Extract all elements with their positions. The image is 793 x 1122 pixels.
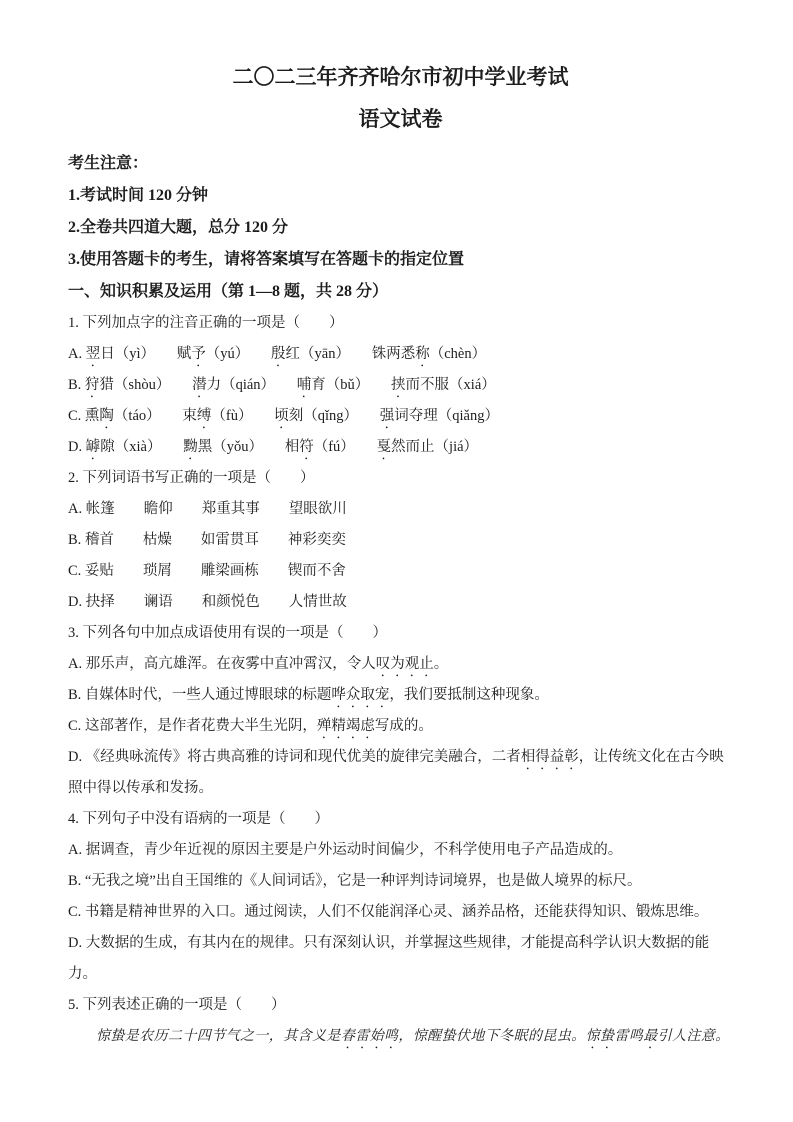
question-2-option-c: C. 妥贴 琐屑 雕梁画栋 锲而不舍 (68, 556, 733, 587)
question-4-option-c: C. 书籍是精神世界的入口。通过阅读，人们不仅能润泽心灵、涵养品格，还能获得知识… (68, 897, 733, 928)
question-1: 1. 下列加点字的注音正确的一项是（ ） A. 翌日（yì） 赋予（yú） 殷红… (68, 308, 733, 463)
question-5-stem: 5. 下列表述正确的一项是（ ） (68, 990, 733, 1021)
question-5: 5. 下列表述正确的一项是（ ） 惊蛰是农历二十四节气之一，其含义是春雷始鸣，惊… (68, 990, 733, 1052)
question-2-option-d: D. 抉择 谰语 和颜悦色 人情世故 (68, 587, 733, 618)
exam-subtitle: 语文试卷 (68, 102, 733, 136)
question-1-option-d: D. 罅隙（xià） 黝黑（yǒu） 相符（fú） 戛然而止（jiá） (68, 432, 733, 463)
question-3-option-a: A. 那乐声，高亢雄浑。在夜雾中直冲霄汉，令人叹为观止。 (68, 649, 733, 680)
question-3-option-d: D. 《经典咏流传》将古典高雅的诗词和现代优美的旋律完美融合，二者相得益彰，让传… (68, 742, 733, 804)
section-heading: 一、知识积累及运用（第 1—8 题，共 28 分） (68, 276, 733, 308)
question-4-option-d: D. 大数据的生成，有其内在的规律。只有深刻认识，并掌握这些规律，才能提高科学认… (68, 928, 733, 990)
question-3-option-c: C. 这部著作，是作者花费大半生光阴，殚精竭虑写成的。 (68, 711, 733, 742)
question-2-option-a: A. 帐篷 瞻仰 郑重其事 望眼欲川 (68, 494, 733, 525)
notice-heading: 考生注意： (68, 148, 733, 180)
question-5-passage: 惊蛰是农历二十四节气之一，其含义是春雷始鸣，惊醒蛰伏地下冬眠的昆虫。惊蛰雷鸣最引… (68, 1021, 733, 1052)
question-2-stem: 2. 下列词语书写正确的一项是（ ） (68, 463, 733, 494)
question-2: 2. 下列词语书写正确的一项是（ ） A. 帐篷 瞻仰 郑重其事 望眼欲川 B.… (68, 463, 733, 618)
question-3-stem: 3. 下列各句中加点成语使用有误的一项是（ ） (68, 618, 733, 649)
question-3-option-b: B. 自媒体时代，一些人通过博眼球的标题哗众取宠，我们要抵制这种现象。 (68, 680, 733, 711)
question-2-option-b: B. 稽首 枯燥 如雷贯耳 神彩奕奕 (68, 525, 733, 556)
question-4: 4. 下列句子中没有语病的一项是（ ） A. 据调查，青少年近视的原因主要是户外… (68, 804, 733, 990)
notice-item: 2.全卷共四道大题，总分 120 分 (68, 212, 733, 244)
exam-paper-page: 二〇二三年齐齐哈尔市初中学业考试 语文试卷 考生注意： 1.考试时间 120 分… (0, 0, 793, 1122)
question-1-stem: 1. 下列加点字的注音正确的一项是（ ） (68, 308, 733, 339)
exam-title: 二〇二三年齐齐哈尔市初中学业考试 (68, 60, 733, 94)
question-3: 3. 下列各句中加点成语使用有误的一项是（ ） A. 那乐声，高亢雄浑。在夜雾中… (68, 618, 733, 804)
question-1-option-b: B. 狩猎（shòu） 潜力（qián） 哺育（bǔ） 挟而不服（xiá） (68, 370, 733, 401)
question-4-option-b: B. “无我之境”出自王国维的《人间词话》，它是一种评判诗词境界，也是做人境界的… (68, 866, 733, 897)
question-1-option-a: A. 翌日（yì） 赋予（yú） 殷红（yān） 铢两悉称（chèn） (68, 339, 733, 370)
notice-item: 1.考试时间 120 分钟 (68, 180, 733, 212)
question-4-option-a: A. 据调查，青少年近视的原因主要是户外运动时间偏少，不科学使用电子产品造成的。 (68, 835, 733, 866)
notice-item: 3.使用答题卡的考生，请将答案填写在答题卡的指定位置 (68, 244, 733, 276)
question-1-option-c: C. 熏陶（táo） 束缚（fù） 顷刻（qǐng） 强词夺理（qiǎng） (68, 401, 733, 432)
question-4-stem: 4. 下列句子中没有语病的一项是（ ） (68, 804, 733, 835)
